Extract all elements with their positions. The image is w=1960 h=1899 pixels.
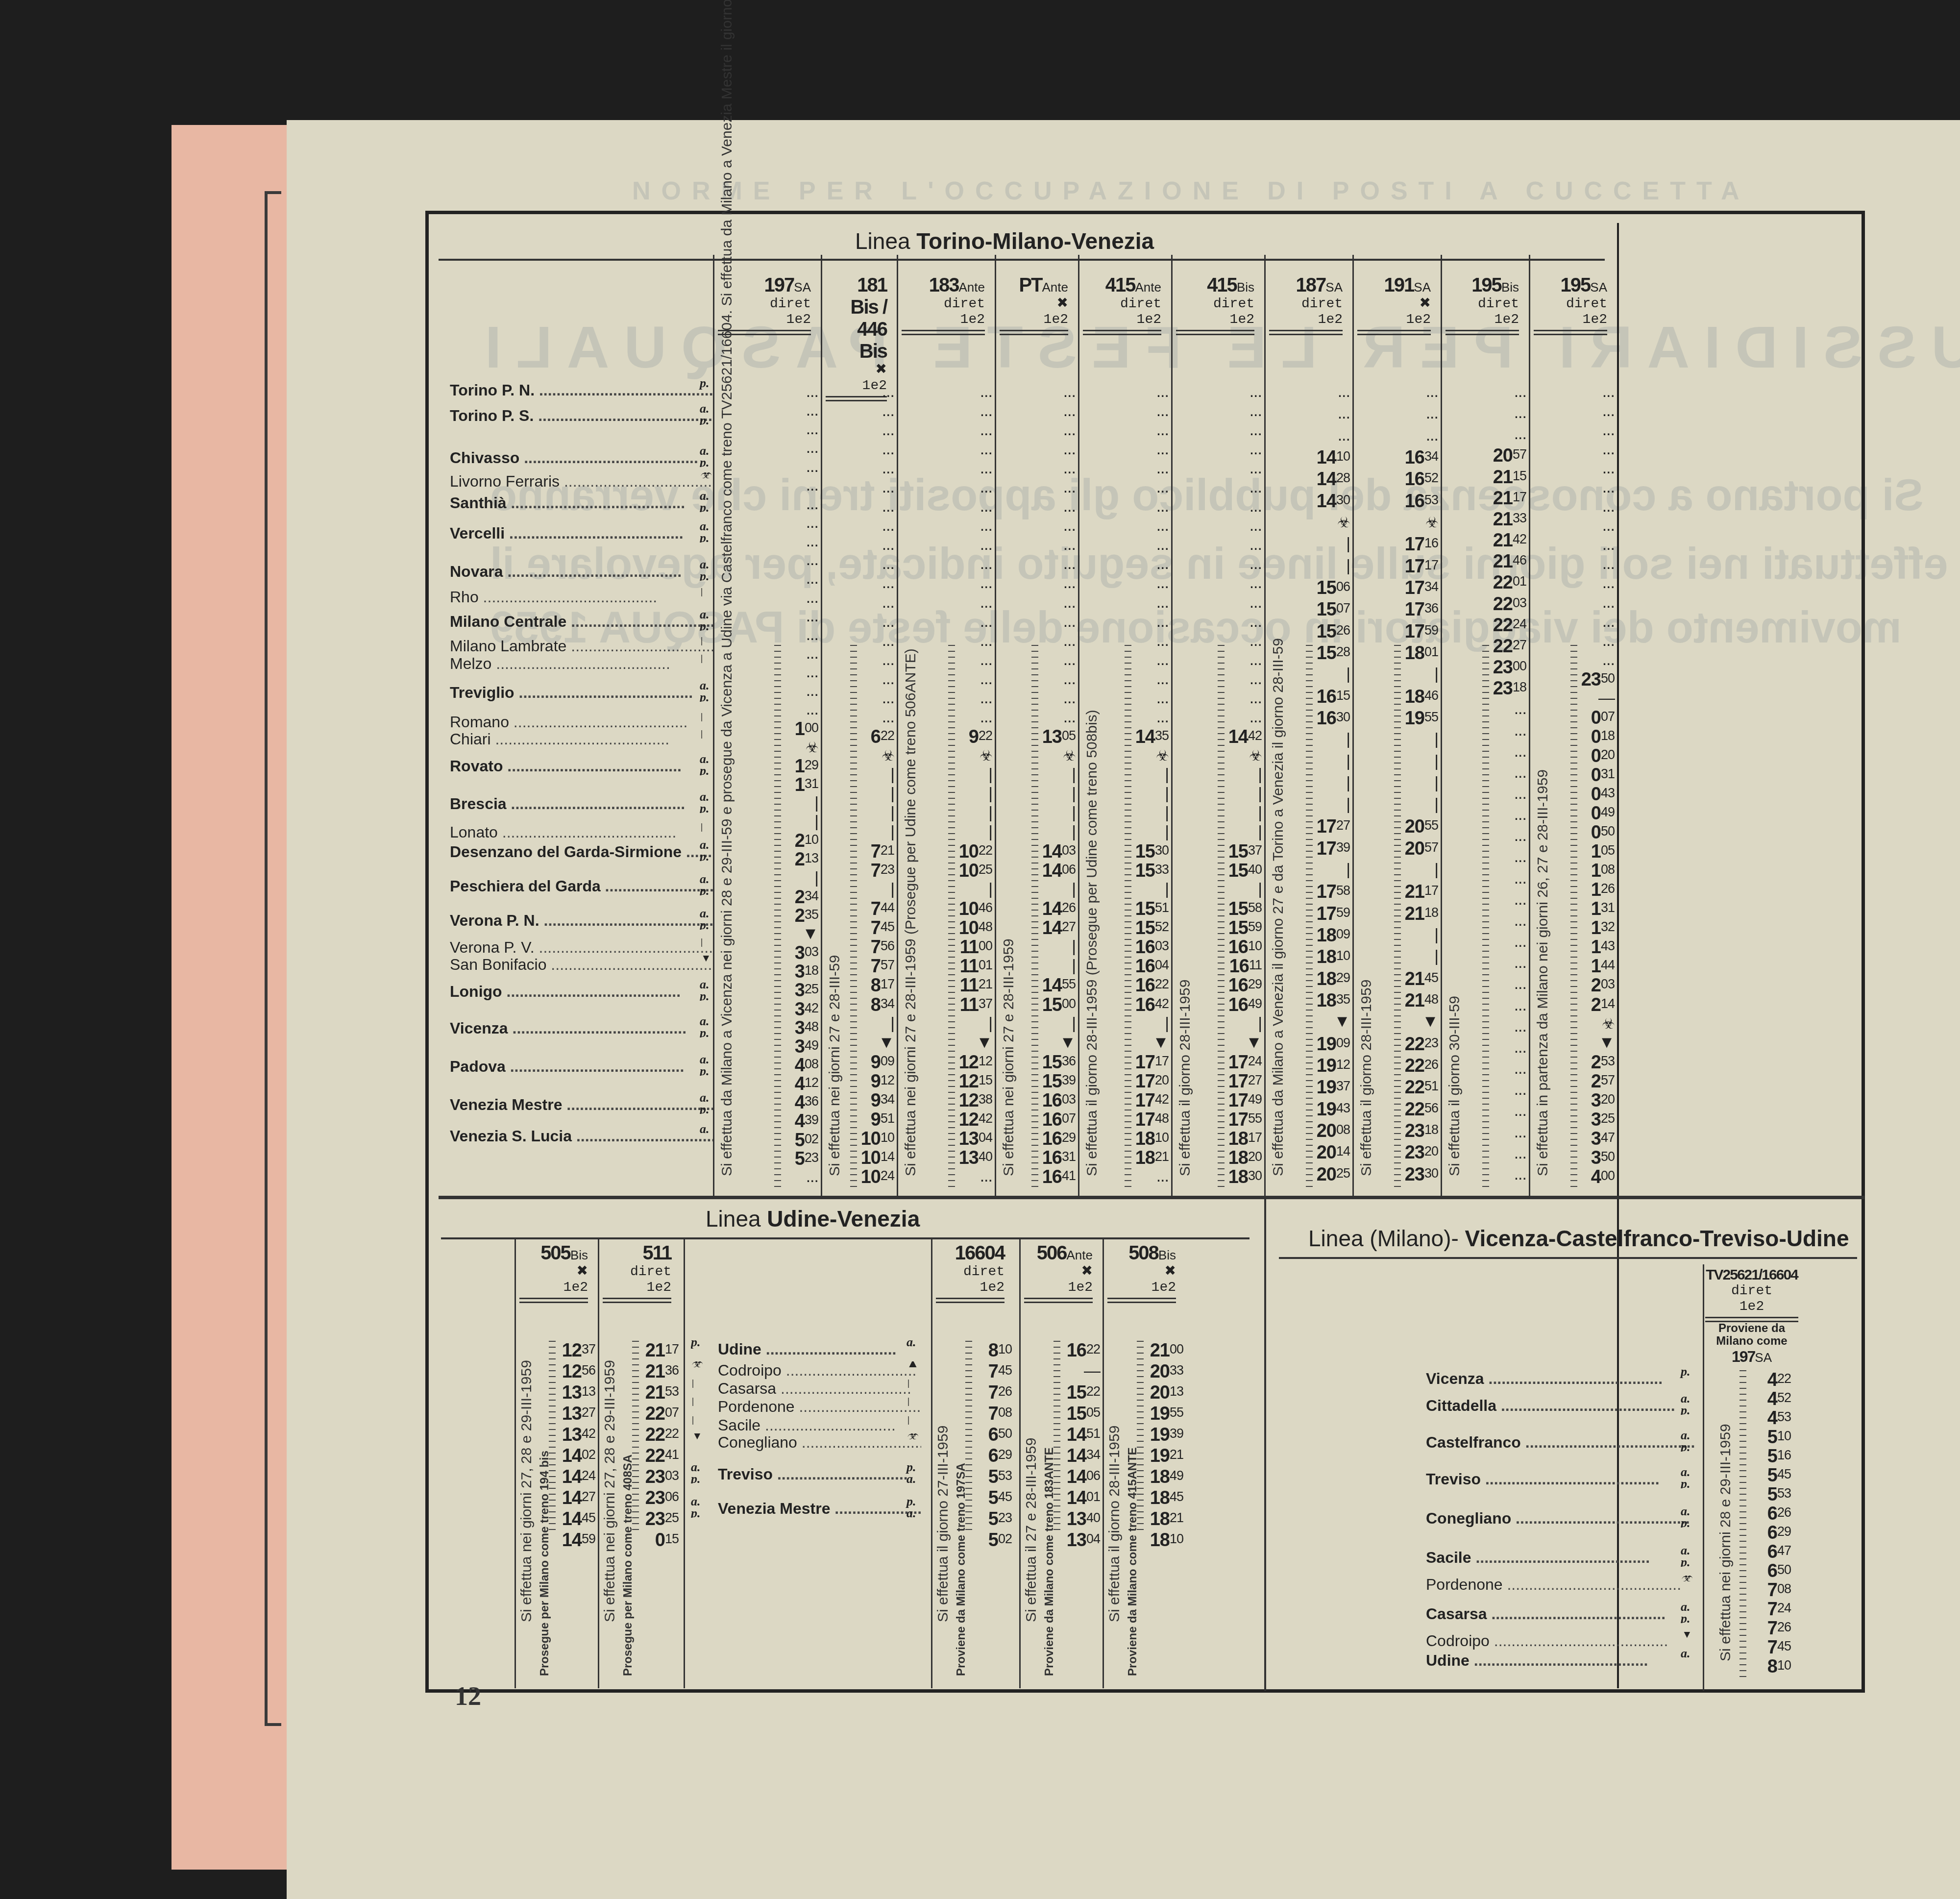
- time-cell: 126: [1575, 880, 1615, 901]
- arr-dep-marker: a.p.: [1681, 1549, 1695, 1567]
- time-cell: 1921: [1142, 1446, 1183, 1467]
- leader-dots: ........................................: [507, 563, 682, 580]
- time-cell: ...: [1223, 497, 1262, 516]
- time-cell: 502: [779, 1130, 818, 1151]
- time-value: ...: [1156, 440, 1169, 458]
- time-cell: 131: [779, 775, 818, 796]
- time-cell: ...: [1487, 826, 1526, 845]
- time-cell: 1046: [953, 899, 992, 920]
- train-note: Si effettua nei giorni 27, 28 e 29-III-1…: [602, 1304, 618, 1622]
- time-value: 235: [795, 907, 818, 926]
- station-row: Rho ....................................…: [450, 588, 714, 606]
- time-cell: 1810: [1129, 1129, 1169, 1150]
- time-cell: 2118: [1399, 904, 1438, 925]
- time-value: |: [1165, 765, 1169, 784]
- time-value: 126: [1591, 881, 1615, 900]
- time-value: |: [1258, 880, 1262, 898]
- time-value: 1759: [1317, 905, 1350, 924]
- time-value: ...: [1514, 996, 1526, 1014]
- time-cell: |: [953, 1014, 992, 1033]
- train-kind: diret: [1705, 1283, 1798, 1299]
- time-value: 2057: [1493, 447, 1526, 466]
- time-cell: ...: [1487, 699, 1526, 718]
- time-value: ...: [980, 459, 992, 477]
- time-cell: ...: [1223, 708, 1262, 727]
- time-value: 1526: [1317, 623, 1350, 641]
- arr-dep-marker: |: [906, 1380, 921, 1387]
- time-value: ...: [806, 550, 818, 569]
- train-number: 508Bis: [1107, 1242, 1176, 1264]
- time-cell: 1442: [1223, 727, 1262, 748]
- station-name: Melzo: [450, 655, 496, 672]
- time-value: 1506: [1317, 579, 1350, 598]
- time-value: 1717: [1135, 1054, 1169, 1072]
- time-cell: ...: [779, 681, 818, 700]
- time-value: 756: [871, 938, 894, 957]
- time-value: 2241: [645, 1447, 679, 1466]
- station-row: Milano Lambrate ........................…: [450, 637, 714, 655]
- time-cell: 1849: [1142, 1467, 1183, 1488]
- time-value: 1237: [562, 1342, 595, 1360]
- time-value: ...: [1156, 593, 1169, 612]
- leader-dots: ..............................: [802, 1433, 921, 1451]
- time-cell: ...: [1223, 689, 1262, 708]
- time-value: 1025: [959, 862, 992, 881]
- leader-dots: ..............................: [765, 1416, 896, 1434]
- time-value: 1305: [1042, 728, 1076, 747]
- station-row: a.p.Venezia Mestre .....................…: [691, 1500, 921, 1518]
- time-value: |: [1346, 752, 1350, 770]
- station-row: Brescia ................................…: [450, 795, 714, 813]
- time-cell: 1810: [1311, 947, 1350, 968]
- time-value: 1845: [1150, 1489, 1183, 1508]
- time-cell: 909: [855, 1052, 894, 1073]
- train-number: 187SA: [1269, 274, 1343, 296]
- time-cell: ▼: [1399, 1012, 1438, 1031]
- time-value: |: [1434, 925, 1438, 944]
- time-cell: ▼: [953, 1033, 992, 1052]
- station-row: Desenzano del Garda-Sirmione ...........…: [450, 843, 714, 861]
- time-cell: ...: [1311, 382, 1350, 401]
- time-cell: ...: [1487, 784, 1526, 803]
- time-value: 502: [795, 1132, 818, 1150]
- time-cell: 1742: [1129, 1090, 1169, 1111]
- time-cell: ...: [1036, 420, 1076, 440]
- time-cell: 2303: [637, 1467, 679, 1488]
- time-value: 408: [795, 1057, 818, 1075]
- time-cell: ...: [1223, 669, 1262, 689]
- time-cell: 439: [779, 1111, 818, 1132]
- station-row: Vicenza ................................…: [450, 1019, 714, 1037]
- time-cell: 2153: [637, 1382, 679, 1404]
- time-cell: ...: [953, 708, 992, 727]
- time-value: |: [1072, 880, 1076, 898]
- time-cell: |: [1399, 795, 1438, 814]
- station-name: Torino P. N.: [450, 381, 539, 399]
- time-value: ...: [1514, 974, 1526, 993]
- time-value: ...: [1156, 573, 1169, 592]
- time-cell: 1727: [1311, 816, 1350, 838]
- time-value: 1238: [959, 1092, 992, 1110]
- time-value: |: [988, 765, 992, 784]
- time-cell: 2318: [1399, 1121, 1438, 1142]
- time-value: 724: [1767, 1601, 1791, 1619]
- time-cell: 1622: [1129, 975, 1169, 996]
- time-cell: 2222: [637, 1425, 679, 1446]
- time-value: ...: [806, 419, 818, 438]
- time-cell: 325: [779, 980, 818, 1001]
- time-cell: 744: [855, 899, 894, 920]
- leader-dots: ........................................: [1485, 1470, 1660, 1488]
- time-cell: ...: [1487, 974, 1526, 993]
- time-value: 100: [795, 720, 818, 739]
- station-name: Novara: [450, 563, 507, 580]
- arr-dep-marker: a.p.: [691, 1465, 706, 1483]
- time-cell: 2033: [1142, 1361, 1183, 1382]
- time-cell: ...: [855, 612, 894, 631]
- station-row: Santhià ................................…: [450, 494, 714, 512]
- time-value: 1256: [562, 1363, 595, 1381]
- time-value: 031: [1591, 766, 1615, 785]
- time-cell: |: [953, 880, 992, 899]
- train-note: Si effettua nei giorni 27 e 28-III-1959 …: [903, 294, 919, 1176]
- station-name: Treviso: [1426, 1470, 1485, 1488]
- train-header: TV25621/16604diret1e2Proviene da Milano …: [1705, 1267, 1798, 1366]
- time-value: 721: [871, 843, 894, 862]
- leader-dots: ........................................: [496, 655, 670, 672]
- time-cell: 1342: [554, 1425, 595, 1446]
- time-cell: 721: [855, 841, 894, 863]
- station-row: Padova .................................…: [450, 1058, 714, 1076]
- section-title-vicenza-udine: Linea (Milano)- Vicenza-Castelfranco-Tre…: [1308, 1225, 1849, 1252]
- time-value: 2013: [1150, 1384, 1183, 1403]
- sleeper-car-icon: ☣: [1063, 748, 1076, 764]
- time-cell: ...: [779, 382, 818, 401]
- time-cell: ...: [1487, 1123, 1526, 1142]
- section-divider: [439, 1196, 1864, 1199]
- time-cell: ...: [953, 612, 992, 631]
- time-value: ...: [980, 593, 992, 612]
- leader-dots: ........................................: [566, 1096, 714, 1113]
- time-cell: ...: [1129, 573, 1169, 592]
- time-cell: 1603: [1129, 937, 1169, 958]
- leader-dots: ........................................: [524, 449, 698, 467]
- time-cell: ...: [779, 700, 818, 719]
- time-cell: ...: [1311, 404, 1350, 423]
- time-cell: 2224: [1487, 615, 1526, 636]
- station-row: Rovato .................................…: [450, 757, 714, 775]
- time-cell: ...: [1223, 554, 1262, 573]
- time-cell: |: [1399, 773, 1438, 792]
- time-value: 1937: [1317, 1079, 1350, 1097]
- time-cell: ...: [1487, 847, 1526, 866]
- time-value: 2325: [645, 1510, 679, 1529]
- station-name: Codroipo: [718, 1361, 786, 1379]
- time-value: 745: [1767, 1639, 1791, 1657]
- train-note: Si effettua il giorno 28-III-1959: [1358, 294, 1375, 1176]
- time-cell: ...: [1575, 382, 1615, 401]
- time-value: 318: [795, 963, 818, 982]
- time-cell: ...: [1036, 516, 1076, 535]
- train-kind: diret: [936, 1264, 1004, 1280]
- time-value: 1304: [1067, 1531, 1100, 1550]
- time-value: ...: [1063, 650, 1076, 669]
- time-cell: 1759: [1311, 904, 1350, 925]
- time-value: 2256: [1405, 1101, 1438, 1119]
- station-name: Pordenone: [1426, 1576, 1507, 1593]
- time-value: 1048: [959, 919, 992, 938]
- time-cell: 342: [779, 999, 818, 1020]
- time-value: ...: [1249, 459, 1262, 477]
- train-note: Si effettua il giorno 30-III-59: [1446, 294, 1463, 1176]
- arr-dep-marker: a.p.: [1681, 1605, 1695, 1623]
- time-cell: 108: [1575, 861, 1615, 882]
- time-cell: ...: [779, 457, 818, 476]
- time-cell: 1406: [1036, 861, 1076, 882]
- time-value: ...: [806, 569, 818, 588]
- time-cell: ...: [855, 382, 894, 401]
- arrow-down-icon: ▼: [976, 1033, 992, 1052]
- time-cell: ...: [953, 669, 992, 689]
- time-cell: 629: [970, 1446, 1012, 1467]
- time-value: ...: [1514, 1080, 1526, 1099]
- time-value: 1829: [1317, 970, 1350, 989]
- time-cell: ...: [1036, 593, 1076, 612]
- time-value: 2318: [1405, 1122, 1438, 1141]
- time-value: ...: [980, 478, 992, 496]
- time-cell: 2325: [637, 1509, 679, 1530]
- time-value: 1540: [1228, 862, 1262, 881]
- time-cell: ...: [779, 588, 818, 607]
- time-cell: |: [1129, 784, 1169, 803]
- time-cell: ...: [855, 593, 894, 612]
- time-cell: ...: [855, 459, 894, 478]
- time-value: 1215: [959, 1073, 992, 1091]
- time-value: 210: [795, 832, 818, 851]
- leader-dots: ........................................: [507, 757, 682, 775]
- time-value: ...: [1249, 669, 1262, 688]
- arr-dep-marker: p.a.: [906, 1500, 921, 1518]
- time-value: ...: [1514, 424, 1526, 443]
- time-value: 018: [1591, 728, 1615, 747]
- time-cell: 1955: [1399, 708, 1438, 729]
- time-value: 349: [795, 1038, 818, 1057]
- time-cell: |: [855, 1014, 894, 1033]
- leader-dots: ........................................: [511, 494, 685, 512]
- time-cell: 020: [1575, 746, 1615, 767]
- time-cell: ...: [1129, 382, 1169, 401]
- time-cell: 2251: [1399, 1077, 1438, 1098]
- time-value: 1642: [1135, 996, 1169, 1015]
- time-value: 412: [795, 1075, 818, 1094]
- time-cell: 1717: [1399, 556, 1438, 577]
- time-value: ...: [1514, 382, 1526, 401]
- time-cell: ...: [855, 478, 894, 497]
- time-value: |: [890, 803, 894, 822]
- time-cell: 1010: [855, 1129, 894, 1150]
- time-value: 1820: [1228, 1149, 1262, 1168]
- time-value: 2303: [645, 1468, 679, 1487]
- time-cell: ▼: [855, 1033, 894, 1052]
- time-value: |: [1346, 730, 1350, 748]
- time-value: ...: [1602, 650, 1615, 669]
- time-cell: 724: [1749, 1599, 1791, 1620]
- time-value: ...: [980, 573, 992, 592]
- time-cell: |: [1223, 822, 1262, 841]
- time-cell: 523: [970, 1509, 1012, 1530]
- sleeper-car-icon: ☣: [806, 740, 818, 756]
- time-cell: |: [1311, 752, 1350, 771]
- time-value: ...: [1063, 497, 1076, 516]
- time-value: 2148: [1405, 992, 1438, 1011]
- time-value: ...: [806, 476, 818, 494]
- time-cell: ...: [1223, 573, 1262, 592]
- time-value: 1100: [960, 938, 992, 957]
- train-number: 506Ante: [1024, 1242, 1093, 1264]
- time-cell: 2318: [1487, 678, 1526, 699]
- time-value: 347: [1591, 1130, 1615, 1149]
- time-cell: 400: [1575, 1167, 1615, 1188]
- time-value: ...: [980, 669, 992, 688]
- time-value: ...: [1514, 1144, 1526, 1162]
- time-cell: |: [1223, 880, 1262, 899]
- time-cell: ...: [1487, 382, 1526, 401]
- time-value: 1748: [1135, 1111, 1169, 1130]
- time-cell: 1445: [554, 1509, 595, 1530]
- time-cell: |: [953, 765, 992, 784]
- time-value: 545: [1767, 1467, 1791, 1485]
- time-value: 1505: [1067, 1405, 1100, 1424]
- time-cell: 452: [1749, 1389, 1791, 1410]
- arr-dep-marker: |: [691, 1380, 706, 1387]
- time-value: ...: [1156, 382, 1169, 401]
- train-class: 1e2: [1024, 1280, 1093, 1296]
- time-value: 1327: [562, 1405, 595, 1424]
- time-value: 2222: [645, 1426, 679, 1445]
- time-cell: 1522: [1058, 1382, 1100, 1404]
- time-cell: 2350: [1575, 669, 1615, 691]
- time-cell: 1410: [1311, 447, 1350, 469]
- time-value: |: [1258, 822, 1262, 841]
- time-cell: ...: [779, 1167, 818, 1186]
- time-cell: ...: [1575, 535, 1615, 554]
- time-cell: 2203: [1487, 594, 1526, 615]
- time-value: |: [890, 784, 894, 803]
- time-cell: 2115: [1487, 467, 1526, 488]
- time-cell: 1430: [1311, 491, 1350, 512]
- time-value: 2320: [1405, 1144, 1438, 1162]
- time-cell: 1943: [1311, 1099, 1350, 1120]
- time-value: ...: [882, 650, 894, 669]
- station-name: Lonigo: [450, 983, 507, 1000]
- time-value: 1607: [1042, 1111, 1076, 1130]
- arr-dep-marker: a.p.: [700, 1019, 714, 1037]
- time-cell: |: [855, 803, 894, 822]
- time-cell: |: [1399, 752, 1438, 771]
- time-value: |: [1434, 773, 1438, 792]
- time-value: |: [1072, 822, 1076, 841]
- time-cell: 1739: [1311, 839, 1350, 860]
- time-cell: 1630: [1311, 708, 1350, 729]
- time-value: 1727: [1228, 1073, 1262, 1091]
- time-cell: 756: [855, 937, 894, 958]
- time-cell: ...: [1487, 953, 1526, 972]
- time-value: ...: [1514, 1017, 1526, 1036]
- time-cell: —: [1058, 1361, 1100, 1381]
- station-name: Chiari: [450, 730, 495, 748]
- time-cell: 2330: [1399, 1164, 1438, 1185]
- leader-dots: ........................................: [1507, 1576, 1681, 1593]
- time-cell: |: [1311, 665, 1350, 684]
- time-value: 1530: [1135, 843, 1169, 862]
- time-cell: 253: [1575, 1052, 1615, 1073]
- time-value: |: [1434, 665, 1438, 683]
- time-value: 1634: [1405, 449, 1438, 468]
- time-value: 650: [988, 1426, 1012, 1445]
- time-value: |: [1072, 937, 1076, 956]
- arrow-down-icon: ▼: [878, 1033, 894, 1052]
- time-cell: 1629: [1223, 975, 1262, 996]
- time-cell: ...: [1223, 593, 1262, 612]
- time-cell: ...: [779, 401, 818, 420]
- station-row: Casarsa ................................…: [1426, 1605, 1695, 1623]
- time-cell: |: [855, 784, 894, 803]
- station-row: Romano .................................…: [450, 713, 714, 731]
- time-cell: 1406: [1058, 1467, 1100, 1488]
- time-value: 2251: [1405, 1079, 1438, 1097]
- station-name: Codroipo: [1426, 1632, 1494, 1650]
- time-cell: ...: [953, 440, 992, 459]
- time-value: |: [1346, 556, 1350, 575]
- time-value: 1559: [1228, 919, 1262, 938]
- time-value: 1653: [1405, 493, 1438, 511]
- time-value: ...: [980, 708, 992, 726]
- time-value: ...: [1514, 953, 1526, 972]
- time-cell: ...: [1487, 869, 1526, 888]
- time-cell: 708: [1749, 1580, 1791, 1601]
- time-cell: 1634: [1399, 447, 1438, 469]
- time-value: 2207: [645, 1405, 679, 1424]
- time-cell: ...: [1487, 932, 1526, 951]
- time-cell: 1611: [1223, 956, 1262, 977]
- time-cell: ...: [1036, 669, 1076, 689]
- time-value: 1442: [1228, 728, 1262, 747]
- time-value: ...: [1063, 440, 1076, 458]
- time-value: |: [1346, 534, 1350, 553]
- station-row: Vicenza ................................…: [1426, 1370, 1695, 1388]
- time-value: |: [1346, 665, 1350, 683]
- time-cell: 523: [779, 1149, 818, 1170]
- arr-dep-marker: |: [700, 730, 714, 738]
- time-cell: ...: [1036, 535, 1076, 554]
- time-cell: 650: [970, 1425, 1012, 1446]
- time-value: 320: [1591, 1092, 1615, 1110]
- time-value: ...: [882, 554, 894, 573]
- time-cell: |: [1036, 1014, 1076, 1033]
- time-value: ...: [1249, 497, 1262, 516]
- time-cell: ...: [855, 631, 894, 650]
- time-cell: 1649: [1223, 995, 1262, 1016]
- time-value: ...: [882, 631, 894, 650]
- time-cell: 545: [1749, 1465, 1791, 1486]
- time-value: ...: [806, 625, 818, 644]
- station-row: Verona P. N. ...........................…: [450, 912, 714, 930]
- time-value: 1622: [1135, 977, 1169, 995]
- time-value: ...: [1514, 699, 1526, 718]
- time-cell: 1022: [953, 841, 992, 863]
- time-cell: 1305: [1036, 727, 1076, 748]
- time-value: ...: [1602, 573, 1615, 592]
